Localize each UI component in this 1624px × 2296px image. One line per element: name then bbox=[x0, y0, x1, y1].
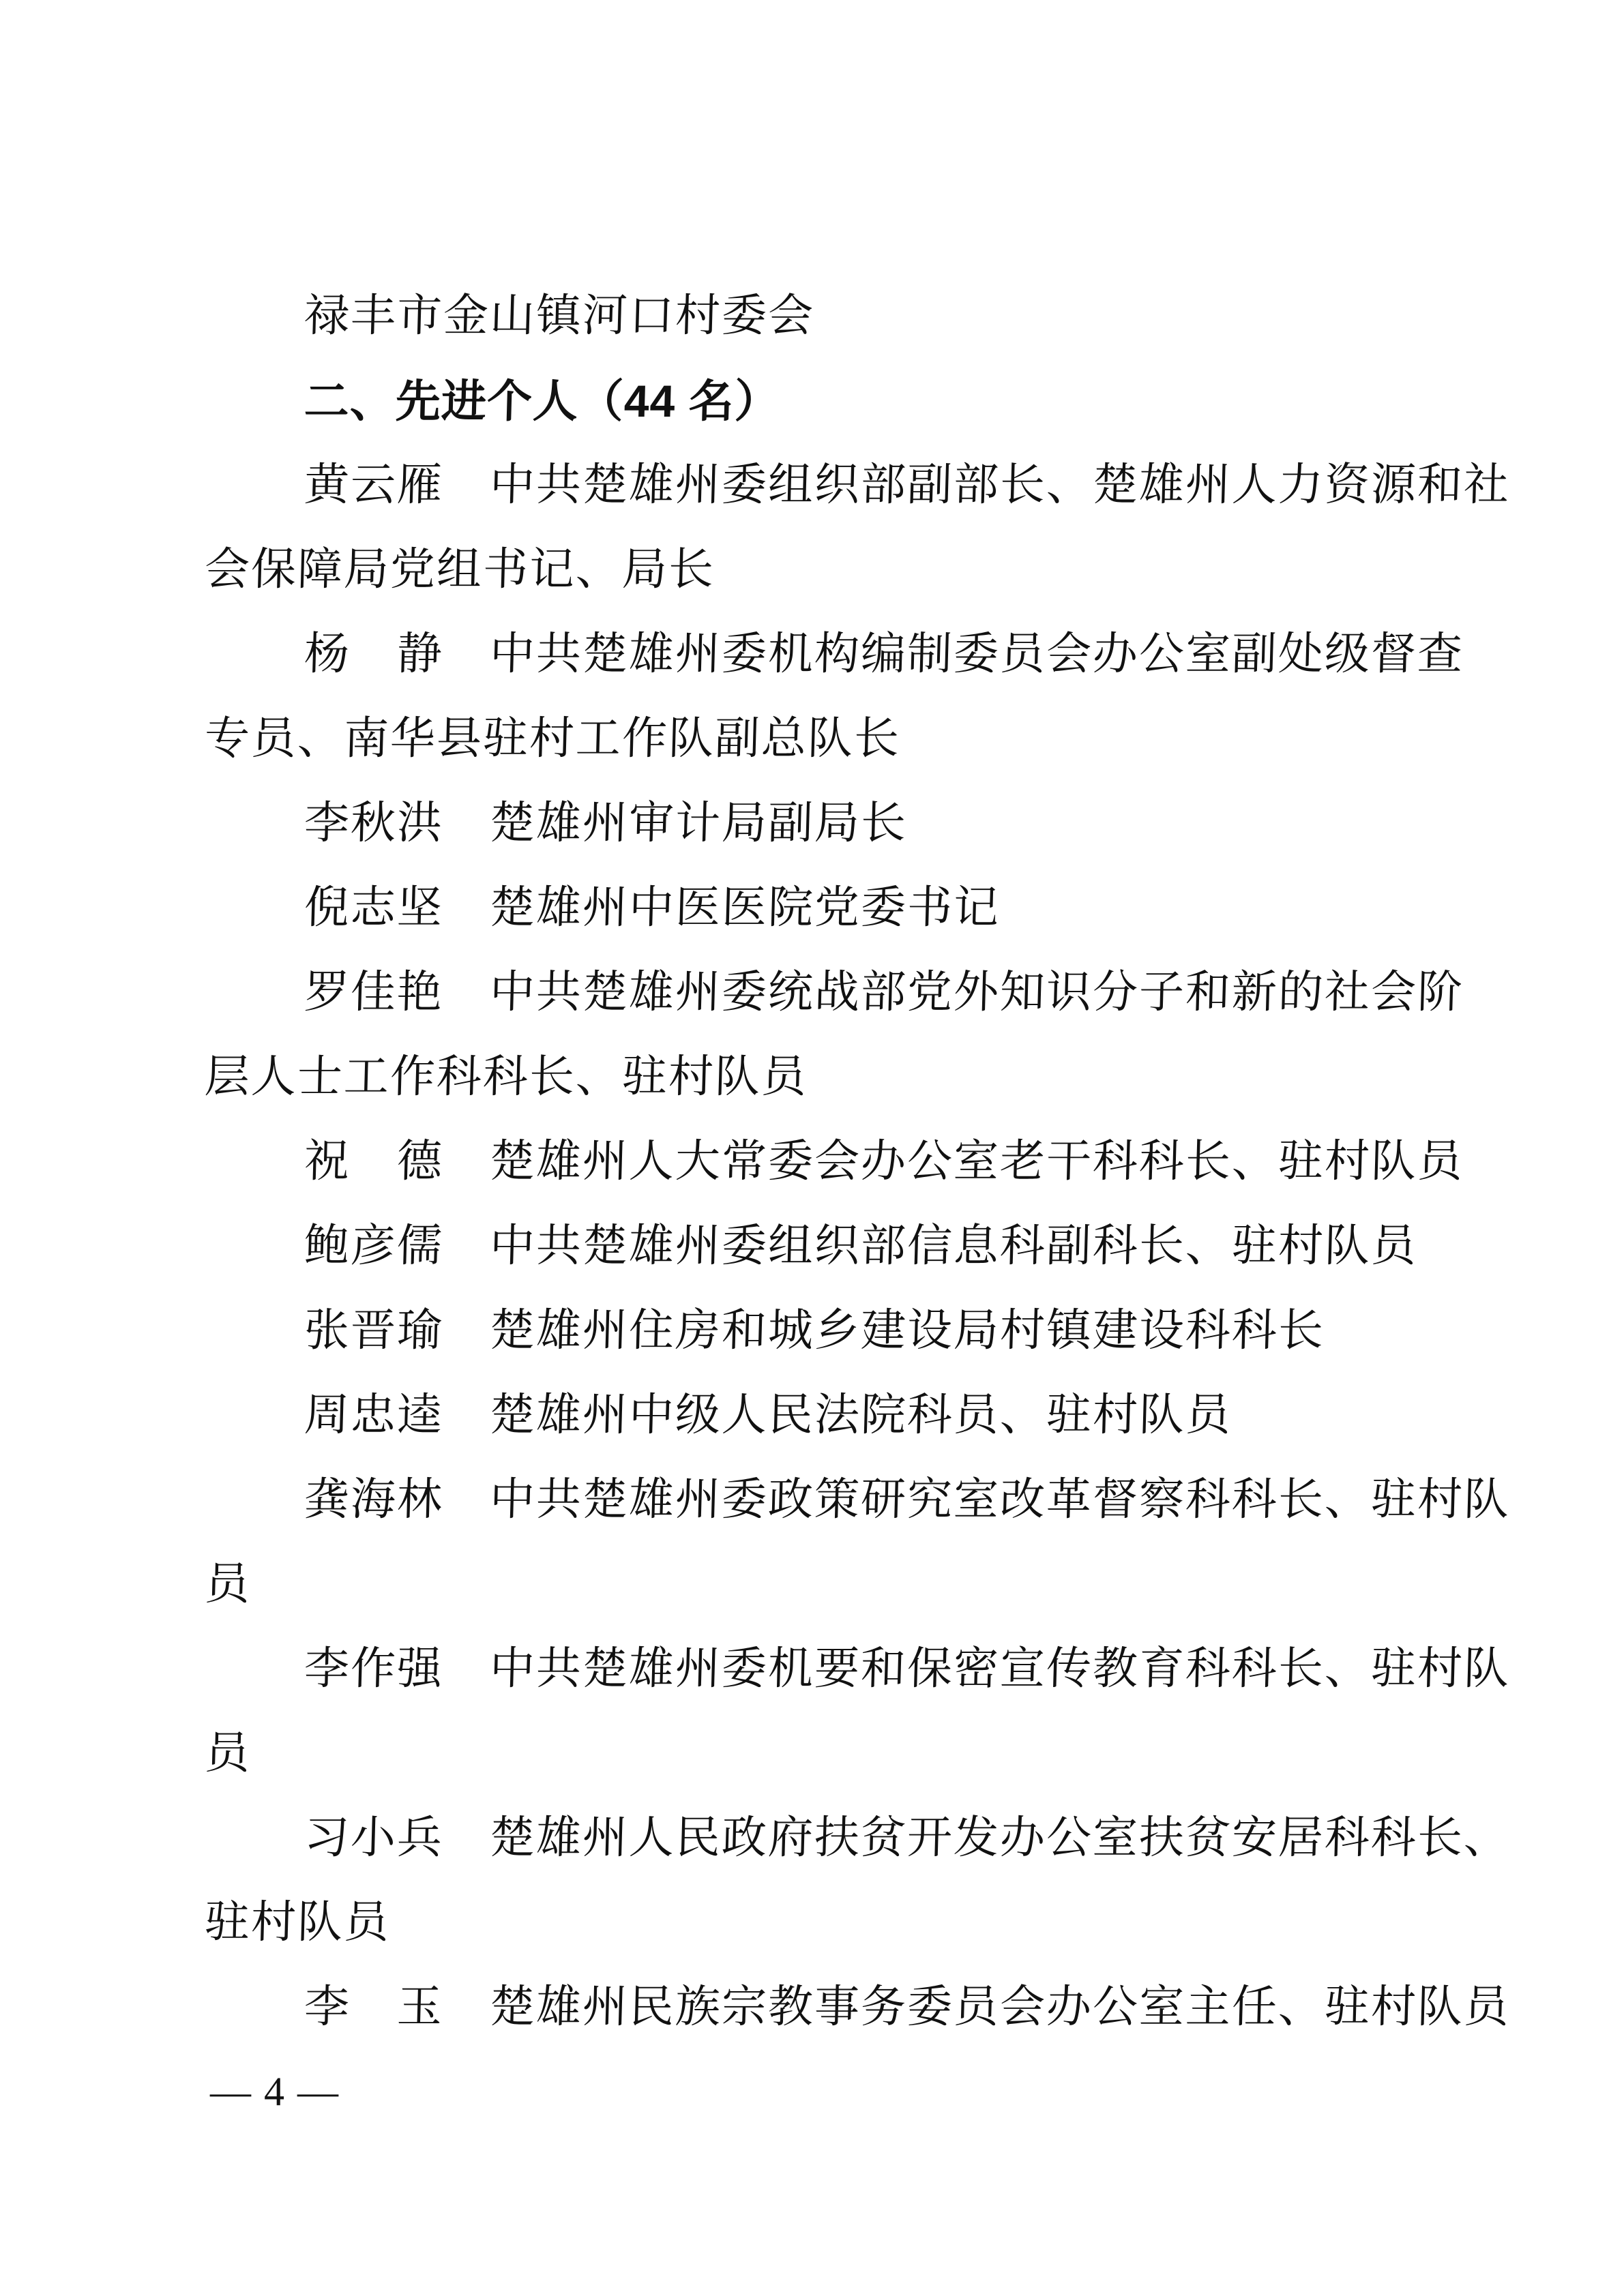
entry-bao-yanru-line: 鲍彦儒 中共楚雄州委组织部信息科副科长、驻村队员 bbox=[203, 1204, 1433, 1289]
entry-luo-jiayan-line2: 层人士工作科科长、驻村队员 bbox=[203, 1035, 1433, 1120]
entry-xi-xiaobing-line1: 习小兵 楚雄州人民政府扶贫开发办公室扶贫安居科科长、 bbox=[203, 1796, 1433, 1881]
entry-ni-zhijian-line: 倪志坚 楚雄州中医医院党委书记 bbox=[203, 866, 1433, 951]
entry-zhang-jinyu-line: 张晋瑜 楚雄州住房和城乡建设局村镇建设科科长 bbox=[203, 1289, 1433, 1373]
entry-gong-hailin-line2: 员 bbox=[203, 1542, 1433, 1627]
entry-li-yu-line: 李 玉 楚雄州民族宗教事务委员会办公室主任、驻村队员 bbox=[203, 1965, 1433, 2050]
document-text-block: 禄丰市金山镇河口村委会 二、先进个人（44 名） 黄云雁 中共楚雄州委组织部副部… bbox=[205, 274, 1432, 2050]
entry-yang-jing-line2: 专员、南华县驻村工作队副总队长 bbox=[203, 697, 1433, 781]
org-name-line: 禄丰市金山镇河口村委会 bbox=[203, 274, 1433, 359]
entry-luo-jiayan-line1: 罗佳艳 中共楚雄州委统战部党外知识分子和新的社会阶 bbox=[203, 951, 1433, 1035]
document-page: 禄丰市金山镇河口村委会 二、先进个人（44 名） 黄云雁 中共楚雄州委组织部副部… bbox=[0, 0, 1624, 2296]
entry-li-zuoqiang-line1: 李作强 中共楚雄州委机要和保密宣传教育科科长、驻村队 bbox=[203, 1627, 1433, 1712]
entry-huang-yunyan-line2: 会保障局党组书记、局长 bbox=[203, 528, 1433, 612]
entry-xi-xiaobing-line2: 驻村队员 bbox=[203, 1881, 1433, 1965]
entry-li-zuoqiang-line2: 员 bbox=[203, 1712, 1433, 1796]
entry-gong-hailin-line1: 龚海林 中共楚雄州委政策研究室改革督察科科长、驻村队 bbox=[203, 1458, 1433, 1542]
entry-li-qiuhong-line: 李秋洪 楚雄州审计局副局长 bbox=[203, 781, 1433, 866]
section-heading: 二、先进个人（44 名） bbox=[203, 359, 1433, 443]
page-number: — 4 — bbox=[210, 2054, 340, 2129]
entry-zhu-de-line: 祝 德 楚雄州人大常委会办公室老干科科长、驻村队员 bbox=[203, 1120, 1433, 1204]
entry-zhou-zhongkui-line: 周忠逵 楚雄州中级人民法院科员、驻村队员 bbox=[203, 1373, 1433, 1458]
entry-yang-jing-line1: 杨 静 中共楚雄州委机构编制委员会办公室副处级督查 bbox=[203, 612, 1433, 697]
entry-huang-yunyan-line1: 黄云雁 中共楚雄州委组织部副部长、楚雄州人力资源和社 bbox=[203, 443, 1433, 528]
